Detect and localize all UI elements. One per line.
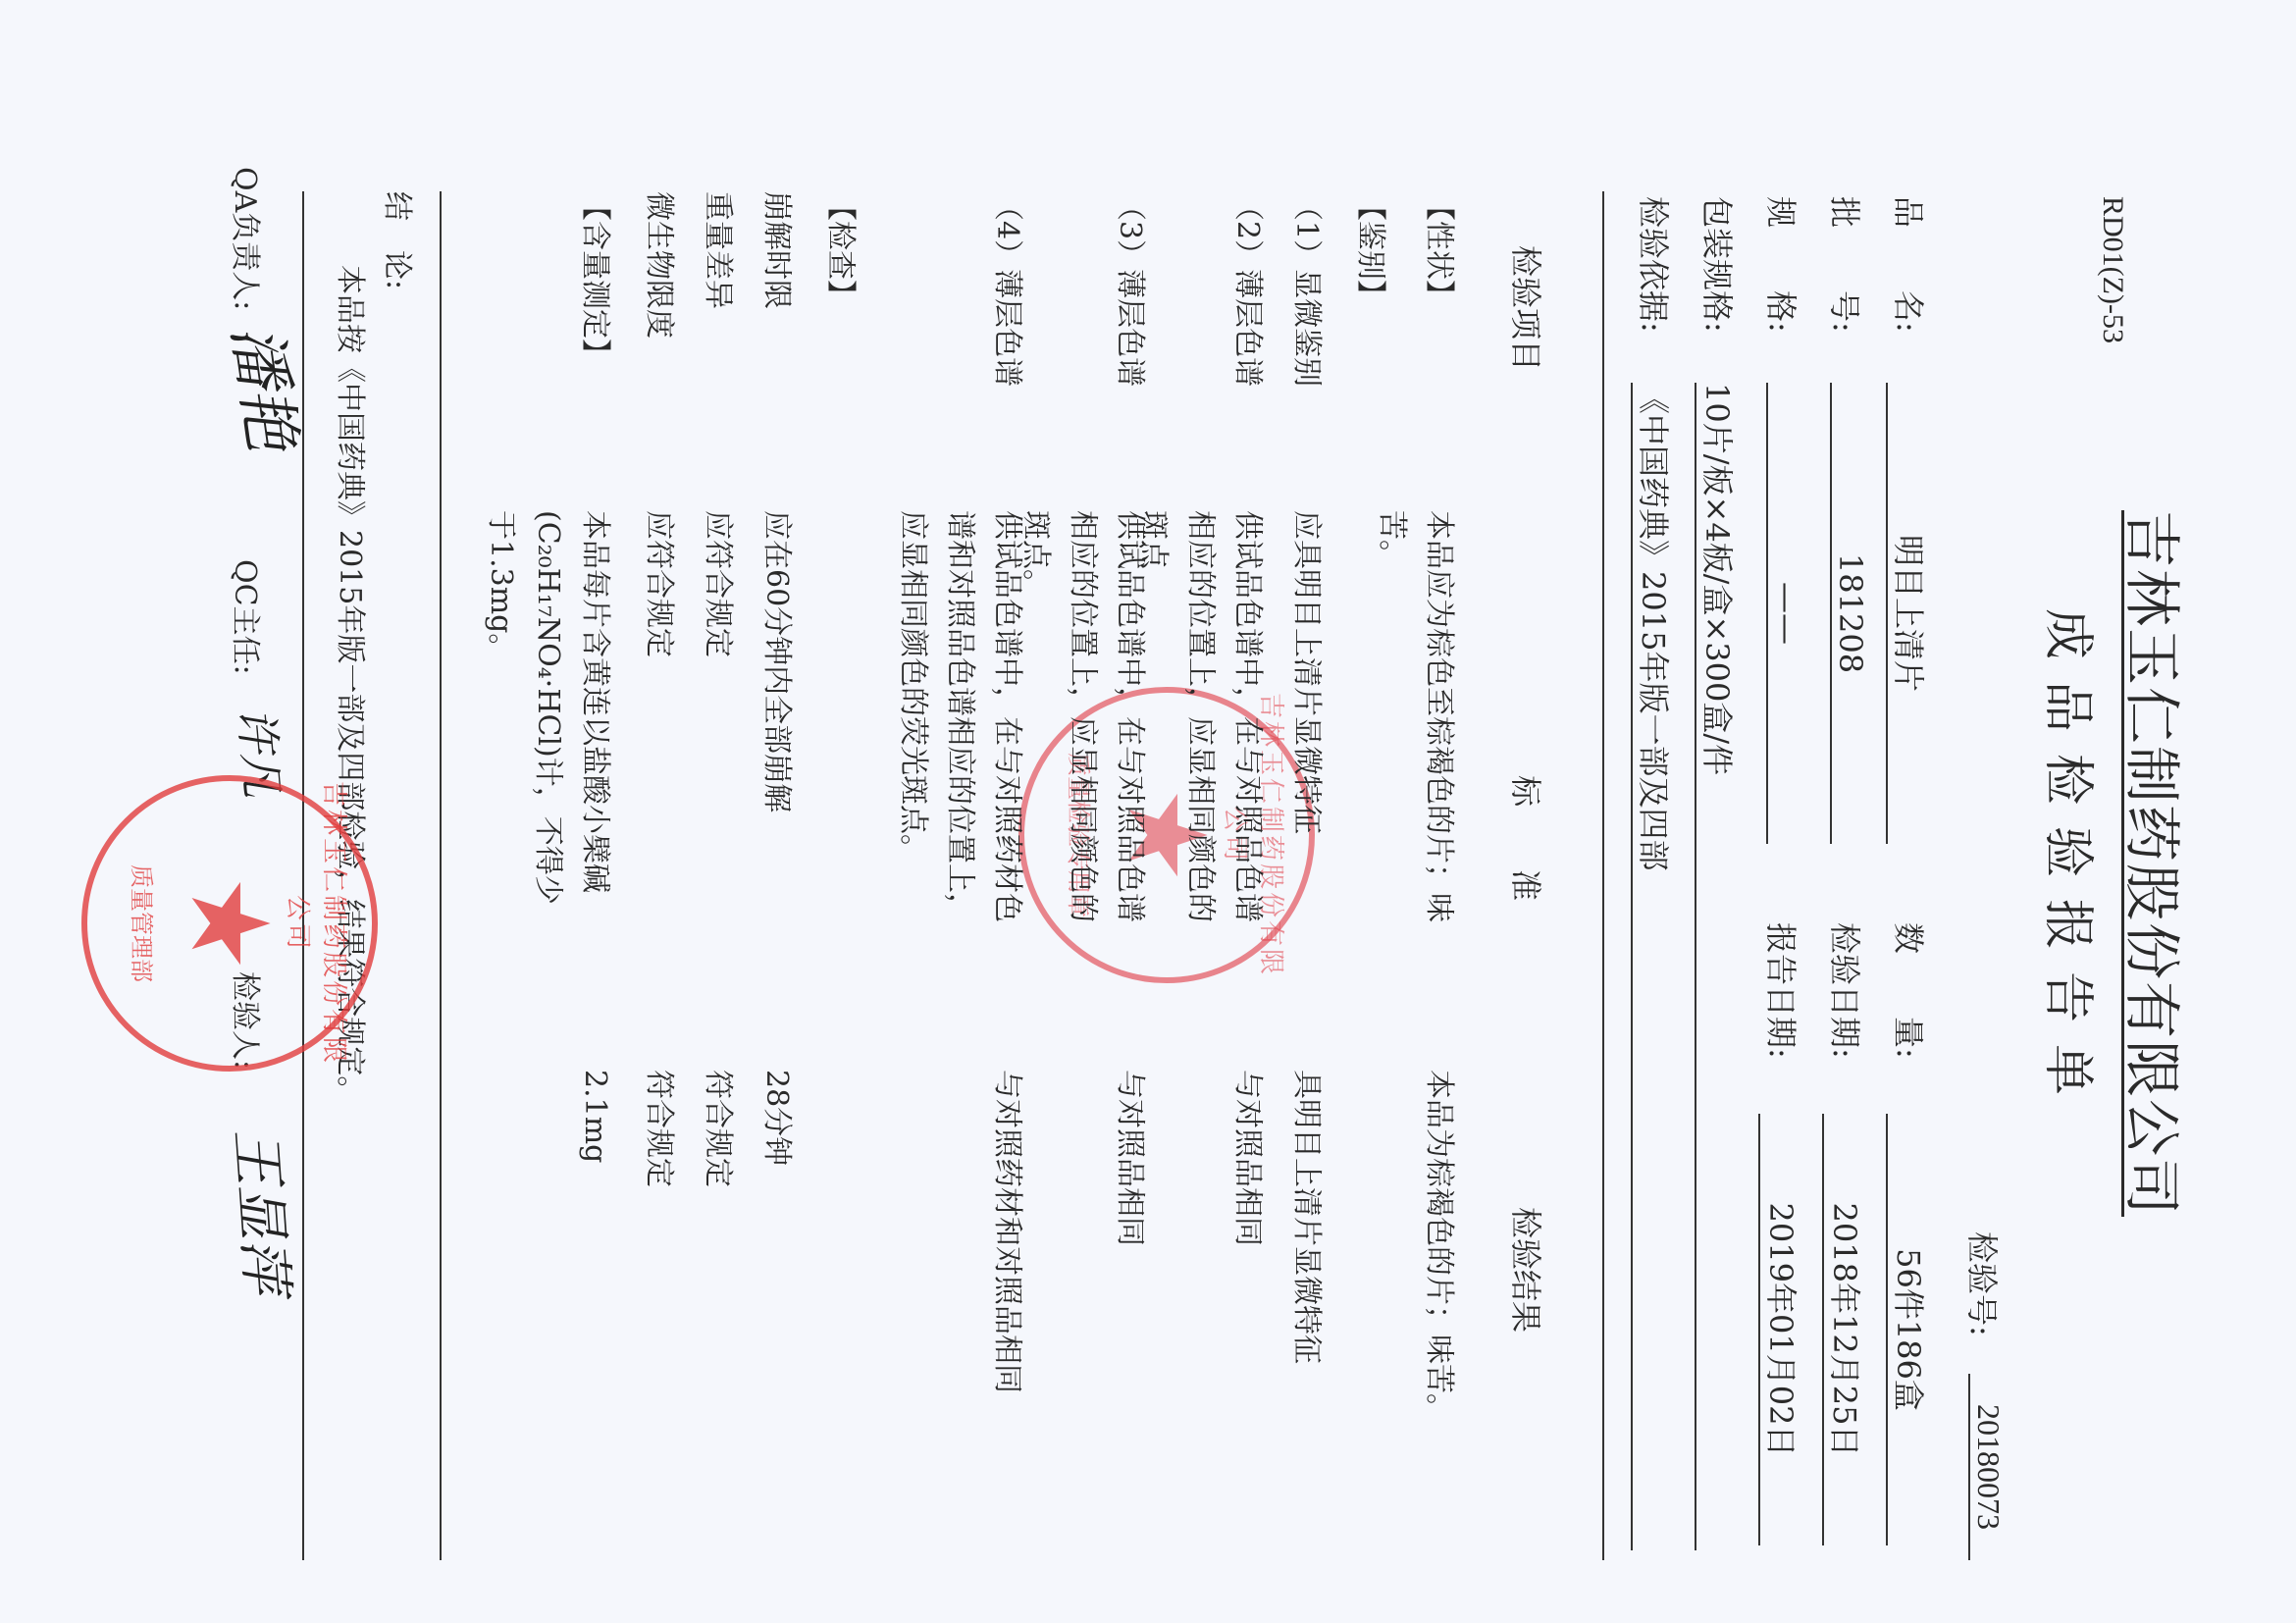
spec-value: —— [1766,383,1805,844]
inspection-number-label: 检验号: [1961,1231,2007,1336]
table-row-item: （3）薄层色谱 [1106,191,1153,387]
table-row-item: 【鉴别】 [1346,191,1393,309]
table-row-standard: 应在60分钟内全部崩解 [753,510,800,922]
table-row-item: 【含量测定】 [571,191,618,368]
table-row-standard: 本品应为棕色至棕褐色的片；味苦。 [1368,510,1462,922]
form-code: RD01(Z)-53 [2096,196,2129,343]
inspection-report-page: RD01(Z)-53 吉林玉仁制药股份有限公司 成品检验报告单 检验号: 201… [0,0,2296,1623]
star-icon: ★ [176,875,284,972]
table-row-standard: 应具明目上清片显微特征 [1282,510,1330,922]
inspection-number-value: 20180073 [1968,1374,2007,1560]
packaging-value: 10片/板×4板/盒×300盒/件 [1695,383,1742,1550]
quantity-value: 56件186盒 [1886,1114,1933,1545]
table-row-standard: 供试品色谱中，在与对照药材色谱和对照品色谱相应的位置上，应显相同颜色的荧光斑点。 [889,510,1030,922]
table-row-result: 与对照品相同 [1224,1070,1271,1246]
table-row-result: 符合规定 [635,1070,682,1187]
conclusion-label: 结 论: [379,191,422,289]
table-row-item: （1）显微鉴别 [1282,191,1330,387]
table-row-item: （2）薄层色谱 [1224,191,1271,387]
basis-value: 《中国药典》2015年版一部及四部 [1631,383,1678,1550]
packaging-label: 包装规格: [1696,196,1742,333]
report-date-value: 2019年01月02日 [1758,1114,1805,1545]
product-name-value: 明目上清片 [1886,383,1933,844]
qa-label: QA负责人: [227,167,270,310]
product-name-label: 品 名: [1888,196,1933,333]
report-title: 成品检验报告单 [2036,608,2110,1117]
qc-label: QC主任: [227,559,270,675]
batch-number-value: 181208 [1830,383,1869,844]
table-row-item: 【性状】 [1415,191,1462,309]
table-row-item: 崩解时限 [753,191,800,309]
table-row-result: 具明目上清片显微特征 [1282,1070,1330,1364]
table-row-standard: 应符合规定 [635,510,682,922]
table-row-item: 【检查】 [816,191,863,309]
table-row-item: 微生物限度 [635,191,682,339]
spec-label: 规 格: [1760,196,1805,333]
inspection-date-value: 2018年12月25日 [1822,1114,1869,1545]
inspection-date-label: 检验日期: [1824,922,1869,1059]
table-row-standard: 供试品色谱中，在与对照品色谱相应的位置上，应显相同颜色的斑点。 [1012,510,1153,922]
table-row-result: 与对照品相同 [1106,1070,1153,1246]
company-name: 吉林玉仁制药股份有限公司 [2115,510,2198,1217]
column-header-standard: 标 准 [1505,775,1550,901]
table-row-result: 符合规定 [694,1070,741,1187]
table-row-result: 28分钟 [753,1070,800,1166]
table-top-rule [1602,191,1604,1560]
column-header-item: 检验项目 [1505,245,1550,371]
table-row-result: 2.1mg [571,1070,618,1163]
table-row-item: 重量差异 [694,191,741,309]
table-row-result: 与对照药材和对照品相同 [983,1070,1030,1393]
quantity-label: 数 量: [1888,922,1933,1059]
basis-label: 检验依据: [1633,196,1678,333]
table-row-standard: 应符合规定 [694,510,741,922]
batch-number-label: 批 号: [1824,196,1869,333]
column-header-result: 检验结果 [1505,1207,1550,1333]
report-date-label: 报告日期: [1760,922,1805,1059]
inspector-signature: 王显萍 [220,1126,310,1295]
quality-stamp-bottom: 吉林玉仁制药股份有限公司 ★ 质量管理部 [81,775,378,1072]
table-bottom-rule [440,191,442,1560]
stamp-subtext: 质量管理部 [127,781,161,1066]
stamp-text: 吉林玉仁制药股份有限公司 [282,781,354,1066]
qa-signature: 潘艳 [216,318,323,455]
table-row-standard: 本品每片含黄连以盐酸小檗碱(C₂₀H₁₇NO₄·HCl)计，不得少于1.3mg。 [477,510,618,922]
table-row-result: 本品为棕褐色的片；味苦。 [1415,1070,1462,1423]
table-row-item: （4）薄层色谱 [983,191,1030,387]
